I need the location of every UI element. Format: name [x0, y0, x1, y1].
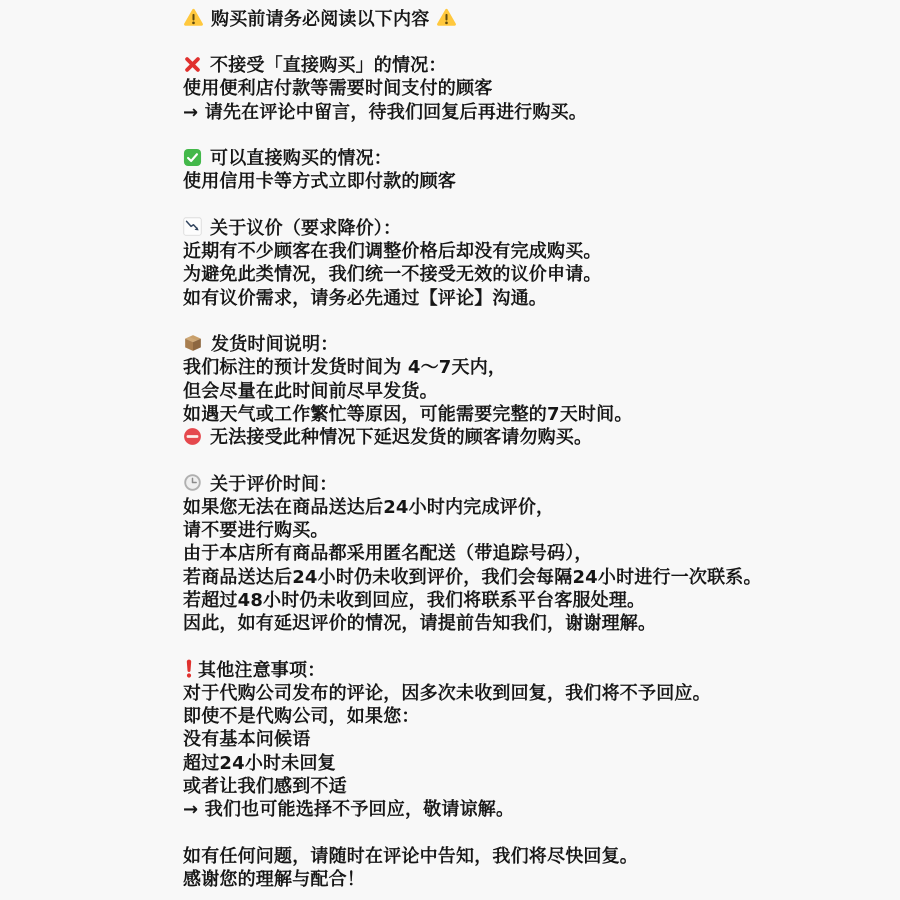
section-heading-text: 关于评价时间：	[210, 470, 337, 496]
notice-line: 近期有不少顾客在我们调整价格后却没有完成购买。	[183, 239, 762, 262]
section-shipping-time: 发货时间说明：我们标注的预计发货时间为 4～7天内，但会尽量在此时间前尽早发货。…	[183, 332, 762, 448]
section-heading-text: 关于议价（要求降价）：	[210, 214, 401, 240]
section-heading-text: 发货时间说明：	[211, 330, 338, 356]
notice-line: 由于本店所有商品都采用匿名配送（带追踪号码），	[183, 541, 762, 564]
notice-line-text: 没有基本问候语	[183, 725, 310, 751]
section-review-time: 关于评价时间：如果您无法在商品送达后24小时内完成评价，请不要进行购买。由于本店…	[183, 471, 762, 634]
notice-line: 若商品送达后24小时仍未收到评价，我们会每隔24小时进行一次联系。	[183, 564, 762, 587]
notice-line: 但会尽量在此时间前尽早发货。	[183, 378, 762, 401]
page-title-text: 购买前请务必阅读以下内容	[211, 5, 429, 31]
notice-line-text: 使用便利店付款等需要时间支付的顾客	[183, 74, 492, 100]
warning-icon	[436, 7, 457, 28]
notice-line-text: 若超过48小时仍未收到回应，我们将联系平台客服处理。	[183, 586, 645, 612]
notice-line-text: 如有任何问题，请随时在评论中告知，我们将尽快回复。	[183, 842, 638, 868]
section-heading: 关于评价时间：	[183, 471, 762, 494]
notice-page: 购买前请务必阅读以下内容 不接受「直接购买」的情况：使用便利店付款等需要时间支付…	[0, 0, 900, 900]
notice-content: 购买前请务必阅读以下内容 不接受「直接购买」的情况：使用便利店付款等需要时间支付…	[183, 6, 762, 890]
warning-icon	[183, 7, 204, 28]
check-mark-icon	[183, 148, 202, 167]
page-title: 购买前请务必阅读以下内容	[183, 6, 762, 29]
notice-line: 如遇天气或工作繁忙等原因，可能需要完整的7天时间。	[183, 401, 762, 424]
notice-line-text: 如果您无法在商品送达后24小时内完成评价，	[183, 493, 554, 519]
notice-line: 感谢您的理解与配合！	[183, 866, 762, 889]
section-other-notes: 其他注意事项：对于代购公司发布的评论，因多次未收到回复，我们将不予回应。即使不是…	[183, 657, 762, 820]
notice-line: 超过24小时未回复	[183, 750, 762, 773]
notice-line-text: 因此，如有延迟评价的情况，请提前告知我们，谢谢理解。	[183, 609, 656, 635]
sections: 不接受「直接购买」的情况：使用便利店付款等需要时间支付的顾客→ 请先在评论中留言…	[183, 53, 762, 890]
notice-line: 我们标注的预计发货时间为 4～7天内，	[183, 355, 762, 378]
notice-line-text: 为避免此类情况，我们统一不接受无效的议价申请。	[183, 260, 602, 286]
section-heading: 关于议价（要求降价）：	[183, 215, 762, 238]
section-heading: 发货时间说明：	[183, 332, 762, 355]
section-heading: 其他注意事项：	[183, 657, 762, 680]
notice-line: 因此，如有延迟评价的情况，请提前告知我们，谢谢理解。	[183, 611, 762, 634]
notice-line-text: → 请先在评论中留言，待我们回复后再进行购买。	[183, 98, 587, 124]
notice-line-text: → 我们也可能选择不予回应，敬请谅解。	[183, 795, 514, 821]
red-exclamation-icon	[183, 658, 195, 679]
notice-line-text: 由于本店所有商品都采用匿名配送（带追踪号码），	[183, 539, 593, 565]
notice-line-text: 对于代购公司发布的评论，因多次未收到回复，我们将不予回应。	[183, 679, 711, 705]
section-heading-text: 可以直接购买的情况：	[210, 144, 392, 170]
notice-line: 无法接受此种情况下延迟发货的顾客请勿购买。	[183, 425, 762, 448]
section-heading: 可以直接购买的情况：	[183, 146, 762, 169]
notice-line-text: 如遇天气或工作繁忙等原因，可能需要完整的7天时间。	[183, 400, 633, 426]
section-direct-purchase-ok: 可以直接购买的情况：使用信用卡等方式立即付款的顾客	[183, 146, 762, 193]
notice-line: 请不要进行购买。	[183, 518, 762, 541]
notice-line-text: 如有议价需求，请务必先通过【评论】沟通。	[183, 284, 547, 310]
notice-line-text: 请不要进行购买。	[183, 516, 329, 542]
notice-line: → 请先在评论中留言，待我们回复后再进行购买。	[183, 99, 762, 122]
notice-line: 或者让我们感到不适	[183, 773, 762, 796]
notice-line: 使用便利店付款等需要时间支付的顾客	[183, 76, 762, 99]
section-heading-text: 其他注意事项：	[198, 656, 325, 682]
notice-line-text: 但会尽量在此时间前尽早发货。	[183, 377, 438, 403]
notice-line: 如有任何问题，请随时在评论中告知，我们将尽快回复。	[183, 843, 762, 866]
section-closing: 如有任何问题，请随时在评论中告知，我们将尽快回复。感谢您的理解与配合！	[183, 843, 762, 890]
notice-line-text: 或者让我们感到不适	[183, 772, 347, 798]
notice-line-text: 即使不是代购公司，如果您：	[183, 702, 420, 728]
notice-line-text: 我们标注的预计发货时间为 4～7天内，	[183, 353, 506, 379]
notice-line: → 我们也可能选择不予回应，敬请谅解。	[183, 797, 762, 820]
notice-line: 使用信用卡等方式立即付款的顾客	[183, 169, 762, 192]
section-heading-text: 不接受「直接购买」的情况：	[210, 51, 447, 77]
section-bargaining: 关于议价（要求降价）：近期有不少顾客在我们调整价格后却没有完成购买。为避免此类情…	[183, 215, 762, 308]
notice-line-text: 超过24小时未回复	[183, 749, 336, 775]
clock-icon	[183, 473, 202, 492]
notice-line: 如有议价需求，请务必先通过【评论】沟通。	[183, 285, 762, 308]
notice-line-text: 无法接受此种情况下延迟发货的顾客请勿购买。	[210, 423, 592, 449]
no-entry-icon	[183, 427, 202, 446]
notice-line-text: 使用信用卡等方式立即付款的顾客	[183, 167, 456, 193]
notice-line-text: 近期有不少顾客在我们调整价格后却没有完成购买。	[183, 237, 602, 263]
cross-mark-icon	[183, 55, 202, 74]
section-direct-purchase-rejected: 不接受「直接购买」的情况：使用便利店付款等需要时间支付的顾客→ 请先在评论中留言…	[183, 53, 762, 123]
notice-line: 即使不是代购公司，如果您：	[183, 704, 762, 727]
notice-line: 对于代购公司发布的评论，因多次未收到回复，我们将不予回应。	[183, 680, 762, 703]
chart-decreasing-icon	[183, 217, 202, 236]
notice-line-text: 感谢您的理解与配合！	[183, 865, 365, 891]
notice-line: 为避免此类情况，我们统一不接受无效的议价申请。	[183, 262, 762, 285]
notice-line: 若超过48小时仍未收到回应，我们将联系平台客服处理。	[183, 587, 762, 610]
section-heading: 不接受「直接购买」的情况：	[183, 53, 762, 76]
package-icon	[183, 333, 203, 353]
notice-line: 没有基本问候语	[183, 727, 762, 750]
notice-line-text: 若商品送达后24小时仍未收到评价，我们会每隔24小时进行一次联系。	[183, 563, 762, 589]
notice-line: 如果您无法在商品送达后24小时内完成评价，	[183, 494, 762, 517]
